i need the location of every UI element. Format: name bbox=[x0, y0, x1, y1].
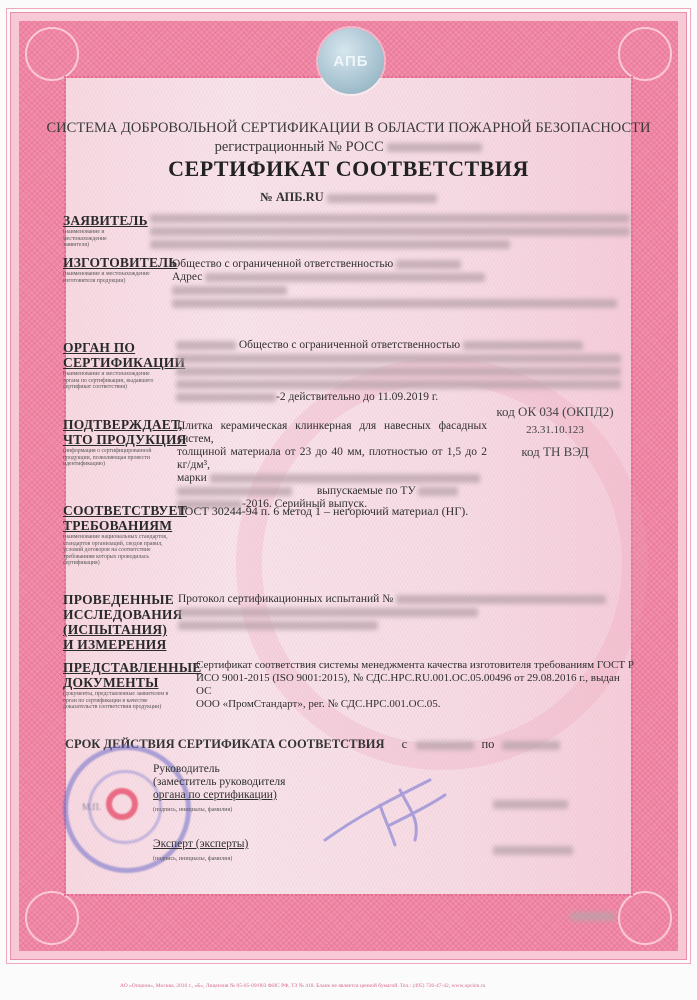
documents-value: Сертификат соответствия системы менеджме… bbox=[196, 659, 636, 711]
manufacturer-value: Общество с ограниченной ответственностью… bbox=[172, 258, 632, 310]
corner-ornament bbox=[618, 27, 672, 81]
manufacturer-label: ИЗГОТОВИТЕЛЬ (наименование и местонахожд… bbox=[63, 255, 177, 284]
certificate-number: № АПБ.RU bbox=[0, 190, 697, 205]
documents-label: ПРЕДСТАВЛЕННЫЕ ДОКУМЕНТЫ (документы, пре… bbox=[63, 660, 202, 711]
redacted-expert-name bbox=[493, 846, 573, 855]
corner-ornament bbox=[25, 891, 79, 945]
handwritten-signature bbox=[320, 770, 450, 850]
tnved-code-label: код ТН ВЭД bbox=[490, 444, 620, 460]
okpd-code-label: код ОК 034 (ОКПД2) bbox=[490, 404, 620, 420]
redacted-registration bbox=[387, 143, 482, 152]
redacted-form-serial bbox=[570, 912, 615, 921]
redacted-head-name bbox=[493, 800, 568, 809]
applicant-value bbox=[150, 212, 630, 251]
redacted-certificate-number bbox=[327, 194, 437, 203]
hologram-label: АПБ bbox=[333, 53, 368, 70]
okpd-code-value: 23.31.10.123 bbox=[490, 424, 620, 436]
certification-body-label: ОРГАН ПО СЕРТИФИКАЦИИ (наименование и ме… bbox=[63, 340, 185, 391]
certification-body-value: Общество с ограниченной ответственностью… bbox=[176, 339, 628, 404]
tests-label: ПРОВЕДЕННЫЕ ИССЛЕДОВАНИЯ (ИСПЫТАНИЯ) И И… bbox=[63, 592, 183, 652]
redacted-valid-from bbox=[416, 741, 474, 750]
certificate-title: СЕРТИФИКАТ СООТВЕТСТВИЯ bbox=[0, 156, 697, 182]
corner-ornament bbox=[618, 891, 672, 945]
applicant-label: ЗАЯВИТЕЛЬ (наименование и местонахождени… bbox=[63, 213, 148, 249]
registration-number: регистрационный № РОСС bbox=[0, 139, 697, 156]
hologram-seal: АПБ bbox=[318, 28, 384, 94]
product-value: Плитка керамическая клинкерная для навес… bbox=[177, 420, 487, 511]
expert-signature-block: Эксперт (эксперты) (подпись, инициалы, ф… bbox=[153, 838, 313, 866]
tests-value: Протокол сертификационных испытаний № bbox=[178, 593, 628, 632]
product-label: ПОДТВЕРЖДАЕТ, ЧТО ПРОДУКЦИЯ (информация … bbox=[63, 417, 187, 468]
head-signature-block: Руководитель (заместитель руководителя о… bbox=[153, 763, 313, 817]
printer-info: АО «Опцион», Москва, 2016 г., «Б», Лицен… bbox=[120, 983, 590, 989]
redacted-valid-to bbox=[502, 741, 560, 750]
corner-ornament bbox=[25, 27, 79, 81]
requirements-label: СООТВЕТСТВУЕТ ТРЕБОВАНИЯМ (наименование … bbox=[63, 503, 187, 567]
system-title: СИСТЕМА ДОБРОВОЛЬНОЙ СЕРТИФИКАЦИИ В ОБЛА… bbox=[0, 120, 697, 137]
requirements-value: ГОСТ 30244-94 п. 6 метод 1 – негорючий м… bbox=[178, 505, 508, 518]
